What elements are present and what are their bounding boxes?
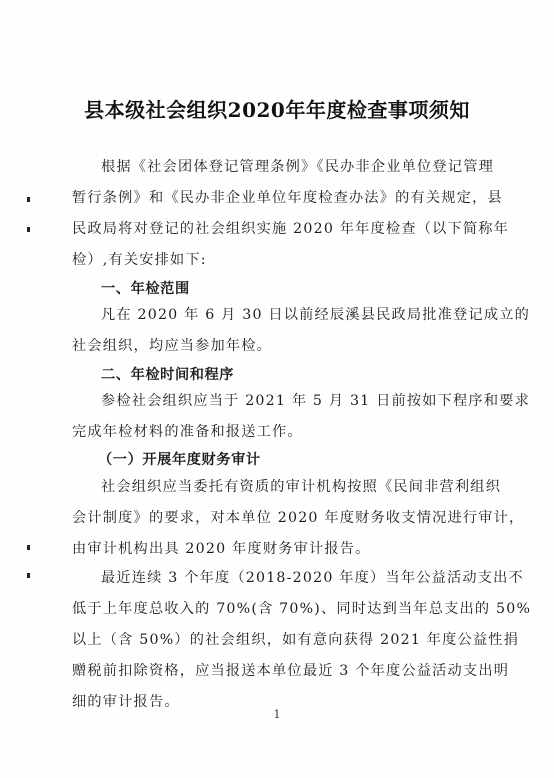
document-page: 县本级社会组织2020年年度检查事项须知 根据《社会团体登记管理条例》《民办非企… bbox=[0, 0, 554, 778]
paragraph-line: 社会组织，均应当参加年检。 bbox=[72, 335, 272, 355]
paragraph-line: 根据《社会团体登记管理条例》《民办非企业单位登记管理 bbox=[101, 156, 494, 176]
section-heading: 一、年检范围 bbox=[101, 278, 190, 298]
paragraph-line: 由审计机构出具 2020 年度财务审计报告。 bbox=[72, 538, 371, 558]
section-heading: （一）开展年度财务审计 bbox=[98, 449, 261, 469]
paragraph-line: 参检社会组织应当于 2021 年 5 月 31 日前按如下程序和要求 bbox=[101, 390, 530, 410]
paragraph-line: 最近连续 3 个年度（2018-2020 年度）当年公益活动支出不 bbox=[101, 567, 524, 587]
paragraph-line: 社会组织应当委托有资质的审计机构按照《民间非营利组织 bbox=[101, 476, 501, 496]
section-heading: 二、年检时间和程序 bbox=[101, 364, 234, 384]
document-title: 县本级社会组织2020年年度检查事项须知 bbox=[0, 94, 554, 123]
paragraph-line: 完成年检材料的准备和报送工作。 bbox=[72, 421, 303, 441]
paragraph-line: 暂行条例》和《民办非企业单位年度检查办法》的有关规定，县 bbox=[72, 187, 503, 207]
paragraph-line: 民政局将对登记的社会组织实施 2020 年年度检查（以下简称年 bbox=[72, 218, 509, 238]
paragraph-line: 以上（含 50%）的社会组织，如有意向获得 2021 年度公益性捐 bbox=[72, 629, 519, 649]
paragraph-line: 会计制度》的要求，对本单位 2020 年度财务收支情况进行审计， bbox=[72, 507, 524, 527]
paragraph-line: 检）,有关安排如下: bbox=[72, 249, 207, 269]
binding-mark bbox=[27, 545, 30, 550]
paragraph-line: 赠税前扣除资格，应当报送本单位最近 3 个年度公益活动支出明 bbox=[72, 660, 509, 680]
binding-mark bbox=[27, 227, 30, 232]
binding-mark bbox=[27, 573, 30, 578]
binding-mark bbox=[27, 197, 30, 202]
page-number: 1 bbox=[0, 708, 554, 721]
paragraph-line: 低于上年度总收入的 70%(含 70%)、同时达到当年总支出的 50% bbox=[72, 598, 531, 618]
paragraph-line: 凡在 2020 年 6 月 30 日以前经辰溪县民政局批准登记成立的 bbox=[101, 304, 530, 324]
